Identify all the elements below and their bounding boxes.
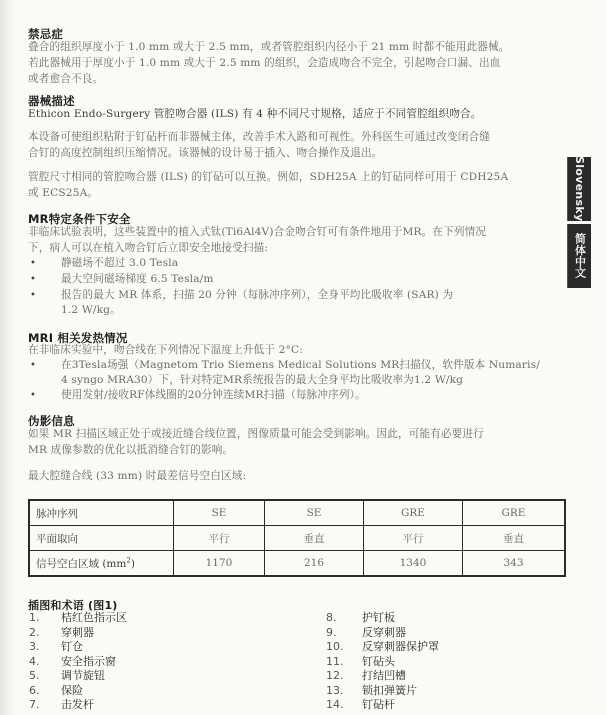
table-row-plane-orientation: 平面取向 平行 垂直 平行 垂直 <box>29 526 565 551</box>
bullet-icon: • <box>30 388 36 404</box>
legend-item: 调节旋钮 <box>61 669 105 683</box>
legend-item: 保险 <box>61 684 83 698</box>
legend-item: 安全指示窗 <box>61 655 116 669</box>
legend-item: 打结凹槽 <box>362 669 406 683</box>
legend-item: 反穿刺器保护罩 <box>362 640 439 654</box>
table-cell: 垂直 <box>463 526 566 551</box>
artifact-line-1: 如果 MR 扫描区域正处于或接近缝合线位置，图像质量可能会受到影响。因此，可能有… <box>28 427 484 443</box>
bullet-icon: • <box>30 288 36 304</box>
page-edge-shadow <box>0 0 14 715</box>
mri-heating-intro: 在非临床实验中，吻合线在下列情况下温度上升低于 2°C: <box>28 343 303 359</box>
table-cell: SE <box>174 500 265 526</box>
legend-item: 钉砧杆 <box>362 698 395 712</box>
language-tab-slovensky[interactable]: Slovensky <box>567 157 591 221</box>
device-description-para-3-line-2: 或 ECS25A。 <box>28 186 98 202</box>
mr-conditional-intro-line-2: 下，病人可以在植入吻合钉后立即安全地接受扫描: <box>28 241 268 257</box>
legend-item: 钉砧头 <box>362 655 395 669</box>
table-cell: 1340 <box>364 551 463 577</box>
table-caption: 最大腔缝合线 (33 mm) 时最差信号空白区域: <box>28 469 246 485</box>
row-header: 信号空白区域 (mm2) <box>29 551 174 577</box>
table-row-signal-void: 信号空白区域 (mm2) 1170 216 1340 343 <box>29 551 565 577</box>
mr-conditional-intro-line-1: 非临床试验表明，这些装置中的植入式钛(Ti6Al4V)合金吻合钉可有条件地用于M… <box>28 225 486 241</box>
legend-item: 护钉板 <box>362 611 395 625</box>
row-header: 脉冲序列 <box>29 500 174 526</box>
table-cell: 平行 <box>174 526 265 551</box>
device-description-para-2-line-2: 合钉的高度控制组织压缩情况。该器械的设计易于插入、吻合操作及退出。 <box>28 146 383 162</box>
table-cell: GRE <box>463 500 566 526</box>
legend-item: 锁扣弹簧片 <box>362 684 417 698</box>
device-description-para-3-line-1: 管腔尺寸相同的管腔吻合器 (ILS) 的钉砧可以互换。例如，SDH25A 上的钉… <box>28 170 508 186</box>
contraindications-line-3: 或者愈合不良。 <box>28 72 103 88</box>
table-cell: SE <box>265 500 364 526</box>
legend-item: 反穿刺器 <box>362 626 406 640</box>
legend-item: 桔红色指示区 <box>61 611 127 625</box>
bullet-icon: • <box>30 358 36 374</box>
mr-conditional-bullet-3-continuation: 1.2 W/kg。 <box>61 303 121 319</box>
table-cell: 平行 <box>364 526 463 551</box>
mri-heating-bullet-1-continuation: 4 syngo MRA30）下，针对特定MR系统报告的最大全身平均比吸收率为1.… <box>61 373 463 389</box>
table-cell: 216 <box>265 551 364 577</box>
legend-item: 钉仓 <box>61 640 83 654</box>
language-tab-simplified-chinese[interactable]: 简体中文 <box>567 224 591 288</box>
row-header: 平面取向 <box>29 526 174 551</box>
contraindications-line-2: 若此器械用于厚度小于 1.0 mm 或大于 2.5 mm 的组织，会造成吻合不完… <box>28 56 501 72</box>
signal-void-table: 脉冲序列 SE SE GRE GRE 平面取向 平行 垂直 平行 垂直 信号空白… <box>28 499 566 577</box>
legend-item: 穿刺器 <box>61 626 94 640</box>
contraindications-line-1: 叠合的组织厚度小于 1.0 mm 或大于 2.5 mm，或者管腔组织内径小于 2… <box>28 40 509 56</box>
artifact-line-2: MR 成像参数的优化以抵消缝合钉的影响。 <box>28 443 233 459</box>
device-description-para-1: Ethicon Endo-Surgery 管腔吻合器 (ILS) 有 4 种不同… <box>28 107 482 123</box>
legend-item: 击发杆 <box>61 698 94 712</box>
table-cell: 垂直 <box>265 526 364 551</box>
bullet-icon: • <box>30 256 36 272</box>
table-cell: 1170 <box>174 551 265 577</box>
table-row-pulse-sequence: 脉冲序列 SE SE GRE GRE <box>29 500 565 526</box>
table-cell: GRE <box>364 500 463 526</box>
bullet-icon: • <box>30 272 36 288</box>
device-description-para-2-line-1: 本设备可使组织粘附于钉砧杆而非器械主体，改善手术入路和可视性。外科医生可通过改变… <box>28 130 490 146</box>
table-cell: 343 <box>463 551 566 577</box>
